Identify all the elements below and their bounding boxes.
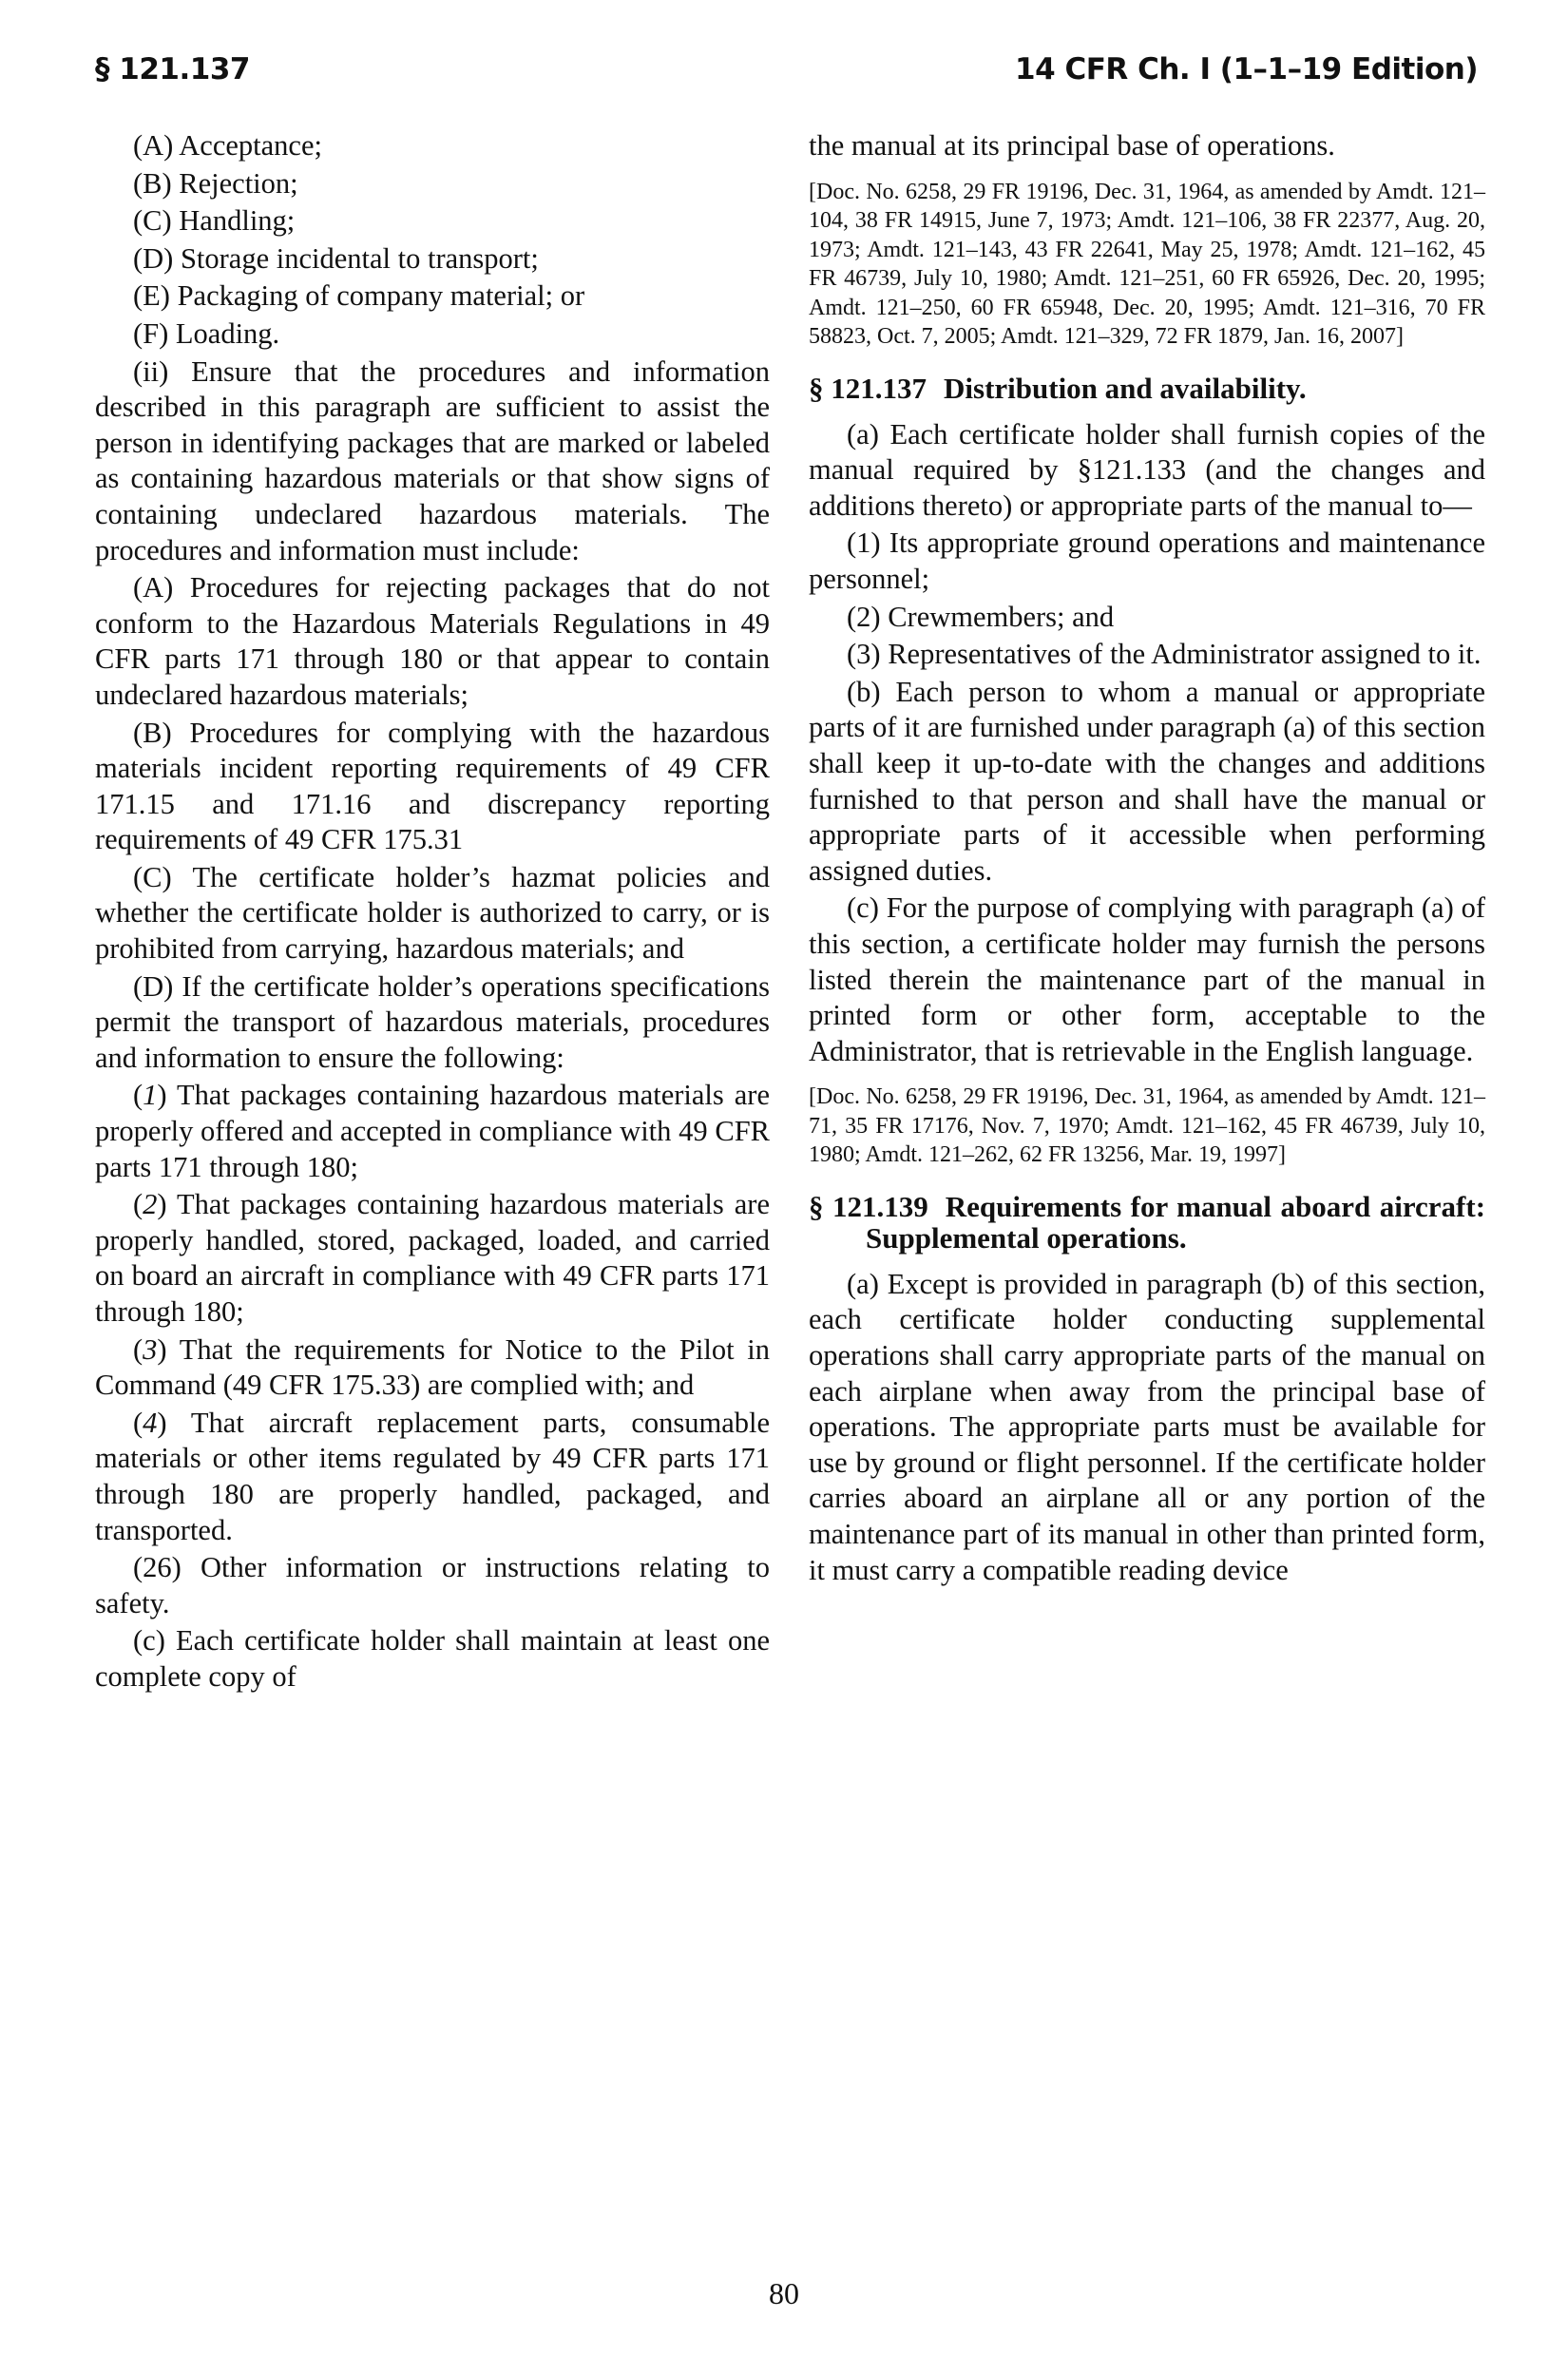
item-number: 4 bbox=[143, 1407, 157, 1439]
amendment-citation: [Doc. No. 6258, 29 FR 19196, Dec. 31, 19… bbox=[809, 178, 1485, 352]
paragraph: (26) Other information or instructions r… bbox=[95, 1550, 770, 1621]
paragraph: (D) If the certificate holder’s operatio… bbox=[95, 969, 770, 1077]
section-title: Requirements for manual aboard aircraft:… bbox=[866, 1190, 1485, 1255]
paragraph: (C) Handling; bbox=[95, 203, 770, 240]
paragraph: (b) Each person to whom a manual or appr… bbox=[809, 675, 1485, 890]
item-text: That packages containing hazardous mater… bbox=[95, 1079, 770, 1182]
section-heading-121-139: § 121.139Requirements for manual aboard … bbox=[809, 1191, 1485, 1254]
paragraph: (ii) Ensure that the procedures and info… bbox=[95, 354, 770, 569]
item-number: 3 bbox=[143, 1333, 157, 1366]
paragraph: (D) Storage incidental to transport; bbox=[95, 241, 770, 278]
section-heading-121-137: § 121.137Distribution and availability. bbox=[809, 373, 1485, 404]
numbered-item: (1) That packages containing hazardous m… bbox=[95, 1078, 770, 1185]
item-number: 2 bbox=[143, 1188, 157, 1220]
paragraph: (B) Procedures for complying with the ha… bbox=[95, 716, 770, 858]
paragraph: (F) Loading. bbox=[95, 316, 770, 353]
numbered-item: (3) That the requirements for Notice to … bbox=[95, 1332, 770, 1404]
paragraph: (c) For the purpose of complying with pa… bbox=[809, 891, 1485, 1069]
paragraph: (2) Crewmembers; and bbox=[809, 600, 1485, 636]
continuation-paragraph: the manual at its principal base of oper… bbox=[809, 128, 1485, 164]
paragraph: (A) Acceptance; bbox=[95, 128, 770, 164]
running-header: § 121.137 14 CFR Ch. I (1–1–19 Edition) bbox=[95, 52, 1478, 100]
right-column: the manual at its principal base of oper… bbox=[809, 128, 1485, 1590]
section-number: § 121.137 bbox=[809, 372, 927, 405]
paragraph: (B) Rejection; bbox=[95, 166, 770, 202]
section-number: § 121.139 bbox=[809, 1190, 928, 1223]
header-section-ref: § 121.137 bbox=[95, 52, 250, 86]
item-number: 1 bbox=[143, 1079, 157, 1111]
header-edition: 14 CFR Ch. I (1–1–19 Edition) bbox=[1015, 52, 1478, 86]
paragraph: (a) Each certificate holder shall furnis… bbox=[809, 417, 1485, 525]
paragraph: (c) Each certificate holder shall mainta… bbox=[95, 1623, 770, 1695]
paragraph: (A) Procedures for rejecting packages th… bbox=[95, 570, 770, 713]
numbered-item: (4) That aircraft replacement parts, con… bbox=[95, 1406, 770, 1548]
left-column: (A) Acceptance; (B) Rejection; (C) Handl… bbox=[95, 128, 770, 1697]
section-title: Distribution and availability. bbox=[944, 372, 1307, 405]
page-number: 80 bbox=[0, 2276, 1568, 2311]
numbered-item: (2) That packages containing hazardous m… bbox=[95, 1187, 770, 1330]
item-text: That packages containing hazardous mater… bbox=[95, 1188, 770, 1328]
paragraph: (3) Representatives of the Administrator… bbox=[809, 637, 1485, 673]
item-text: That the requirements for Notice to the … bbox=[95, 1333, 770, 1402]
item-text: That aircraft replacement parts, consuma… bbox=[95, 1407, 770, 1546]
amendment-citation: [Doc. No. 6258, 29 FR 19196, Dec. 31, 19… bbox=[809, 1083, 1485, 1170]
paragraph: (E) Packaging of company material; or bbox=[95, 278, 770, 315]
paragraph: (a) Except is provided in paragraph (b) … bbox=[809, 1267, 1485, 1588]
paragraph: (C) The certificate holder’s hazmat poli… bbox=[95, 860, 770, 968]
paragraph: (1) Its appropriate ground operations an… bbox=[809, 526, 1485, 597]
